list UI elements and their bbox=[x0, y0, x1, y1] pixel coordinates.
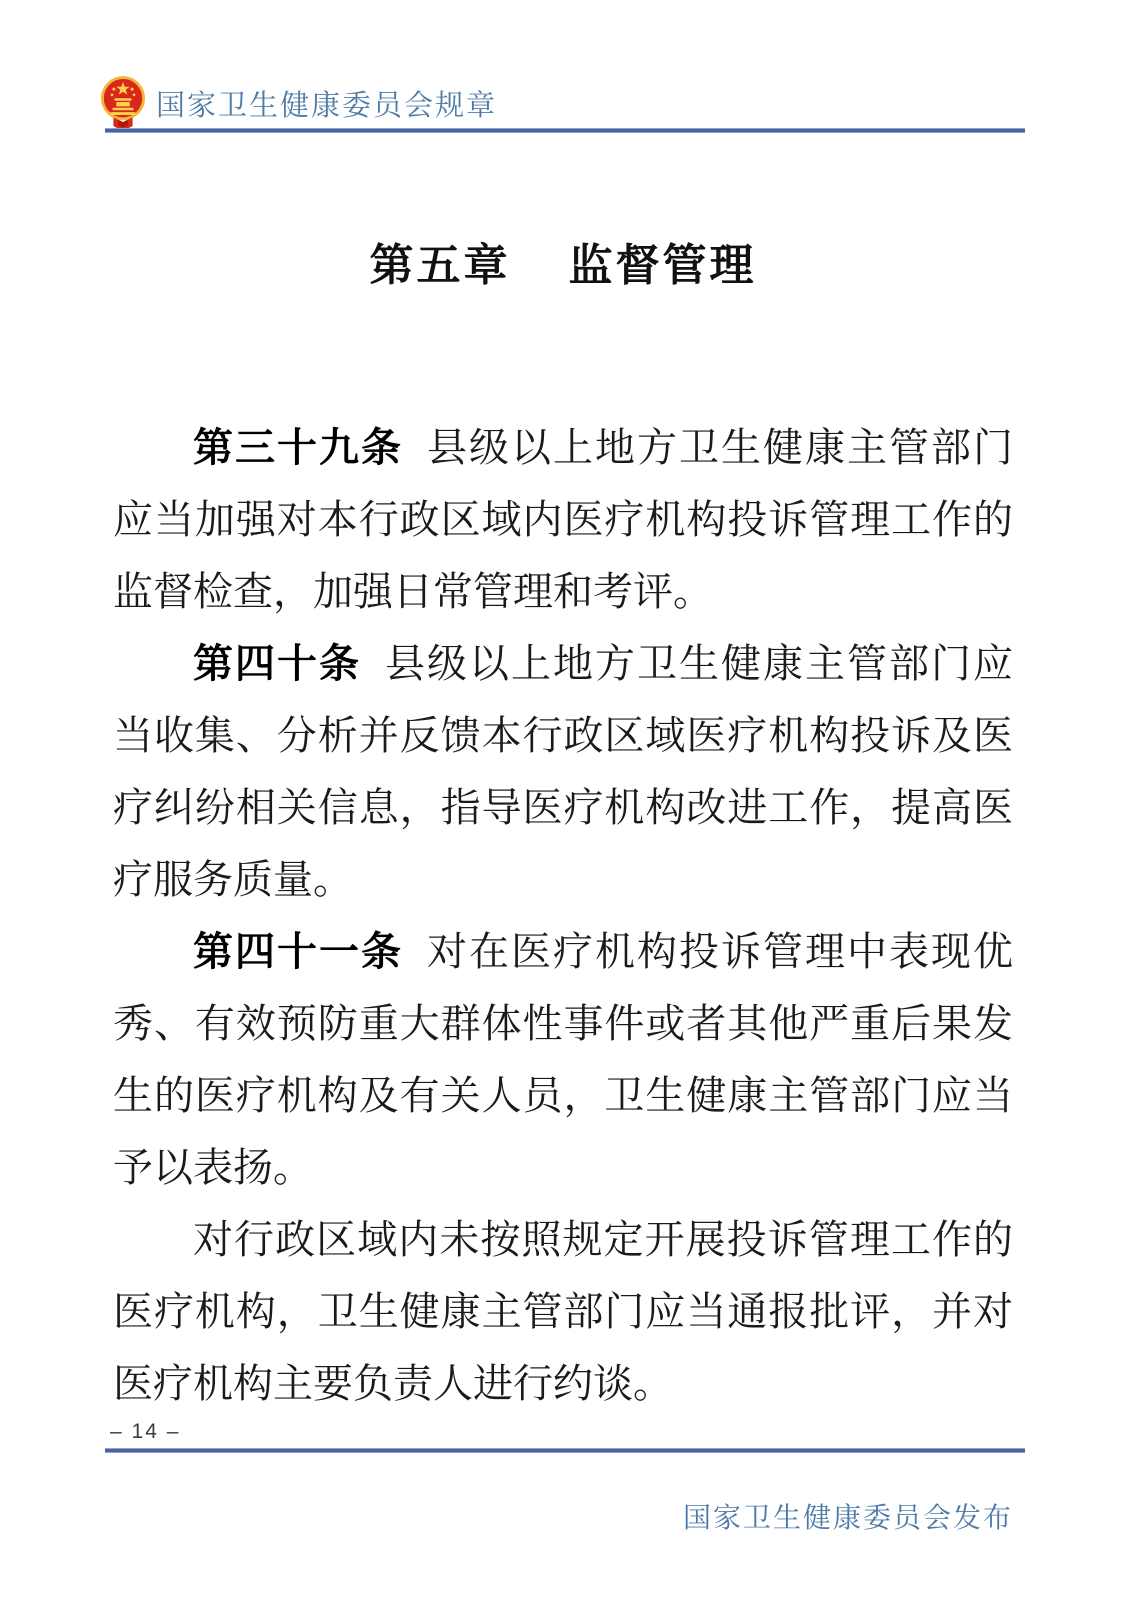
document-body: 第三十九条县级以上地方卫生健康主管部门应当加强对本行政区域内医疗机构投诉管理工作… bbox=[113, 412, 1013, 1420]
header-title: 国家卫生健康委员会规章 bbox=[156, 83, 497, 124]
page-header: 国家卫生健康委员会规章 bbox=[100, 74, 497, 132]
chapter-name: 监督管理 bbox=[569, 241, 757, 290]
chapter-title: 第五章监督管理 bbox=[113, 240, 1013, 292]
national-emblem-icon bbox=[100, 74, 146, 132]
document-page: 国家卫生健康委员会规章 第五章监督管理 第三十九条县级以上地方卫生健康主管部门应… bbox=[0, 0, 1132, 1600]
footer-rule bbox=[105, 1448, 1025, 1453]
article-paragraph: 第四十一条对在医疗机构投诉管理中表现优秀、有效预防重大群体性事件或者其他严重后果… bbox=[113, 916, 1013, 1204]
header-rule bbox=[105, 128, 1025, 133]
footer-publisher: 国家卫生健康委员会发布 bbox=[113, 1496, 1013, 1536]
article-number-label: 第四十条 bbox=[193, 642, 361, 686]
article-paragraph: 对行政区域内未按照规定开展投诉管理工作的医疗机构，卫生健康主管部门应当通报批评，… bbox=[113, 1204, 1013, 1420]
article-paragraph: 第三十九条县级以上地方卫生健康主管部门应当加强对本行政区域内医疗机构投诉管理工作… bbox=[113, 412, 1013, 628]
article-text: 对行政区域内未按照规定开展投诉管理工作的医疗机构，卫生健康主管部门应当通报批评，… bbox=[113, 1217, 1013, 1406]
article-paragraph: 第四十条县级以上地方卫生健康主管部门应当收集、分析并反馈本行政区域医疗机构投诉及… bbox=[113, 628, 1013, 916]
page-number: – 14 – bbox=[110, 1420, 180, 1444]
chapter-number: 第五章 bbox=[370, 241, 511, 290]
article-number-label: 第四十一条 bbox=[193, 930, 403, 974]
article-number-label: 第三十九条 bbox=[193, 426, 403, 470]
